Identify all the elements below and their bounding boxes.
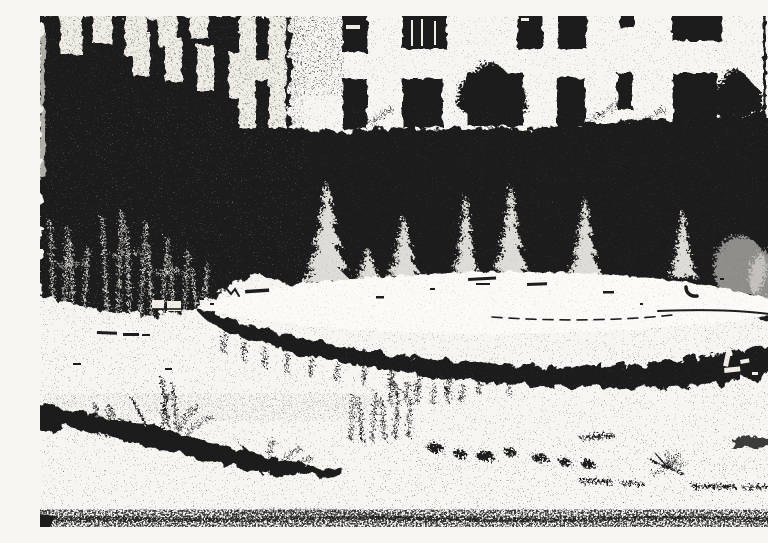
photo-canvas: [40, 16, 768, 527]
courtyard-photo: [40, 16, 768, 527]
photocopy-dust-overlay: [40, 16, 768, 527]
